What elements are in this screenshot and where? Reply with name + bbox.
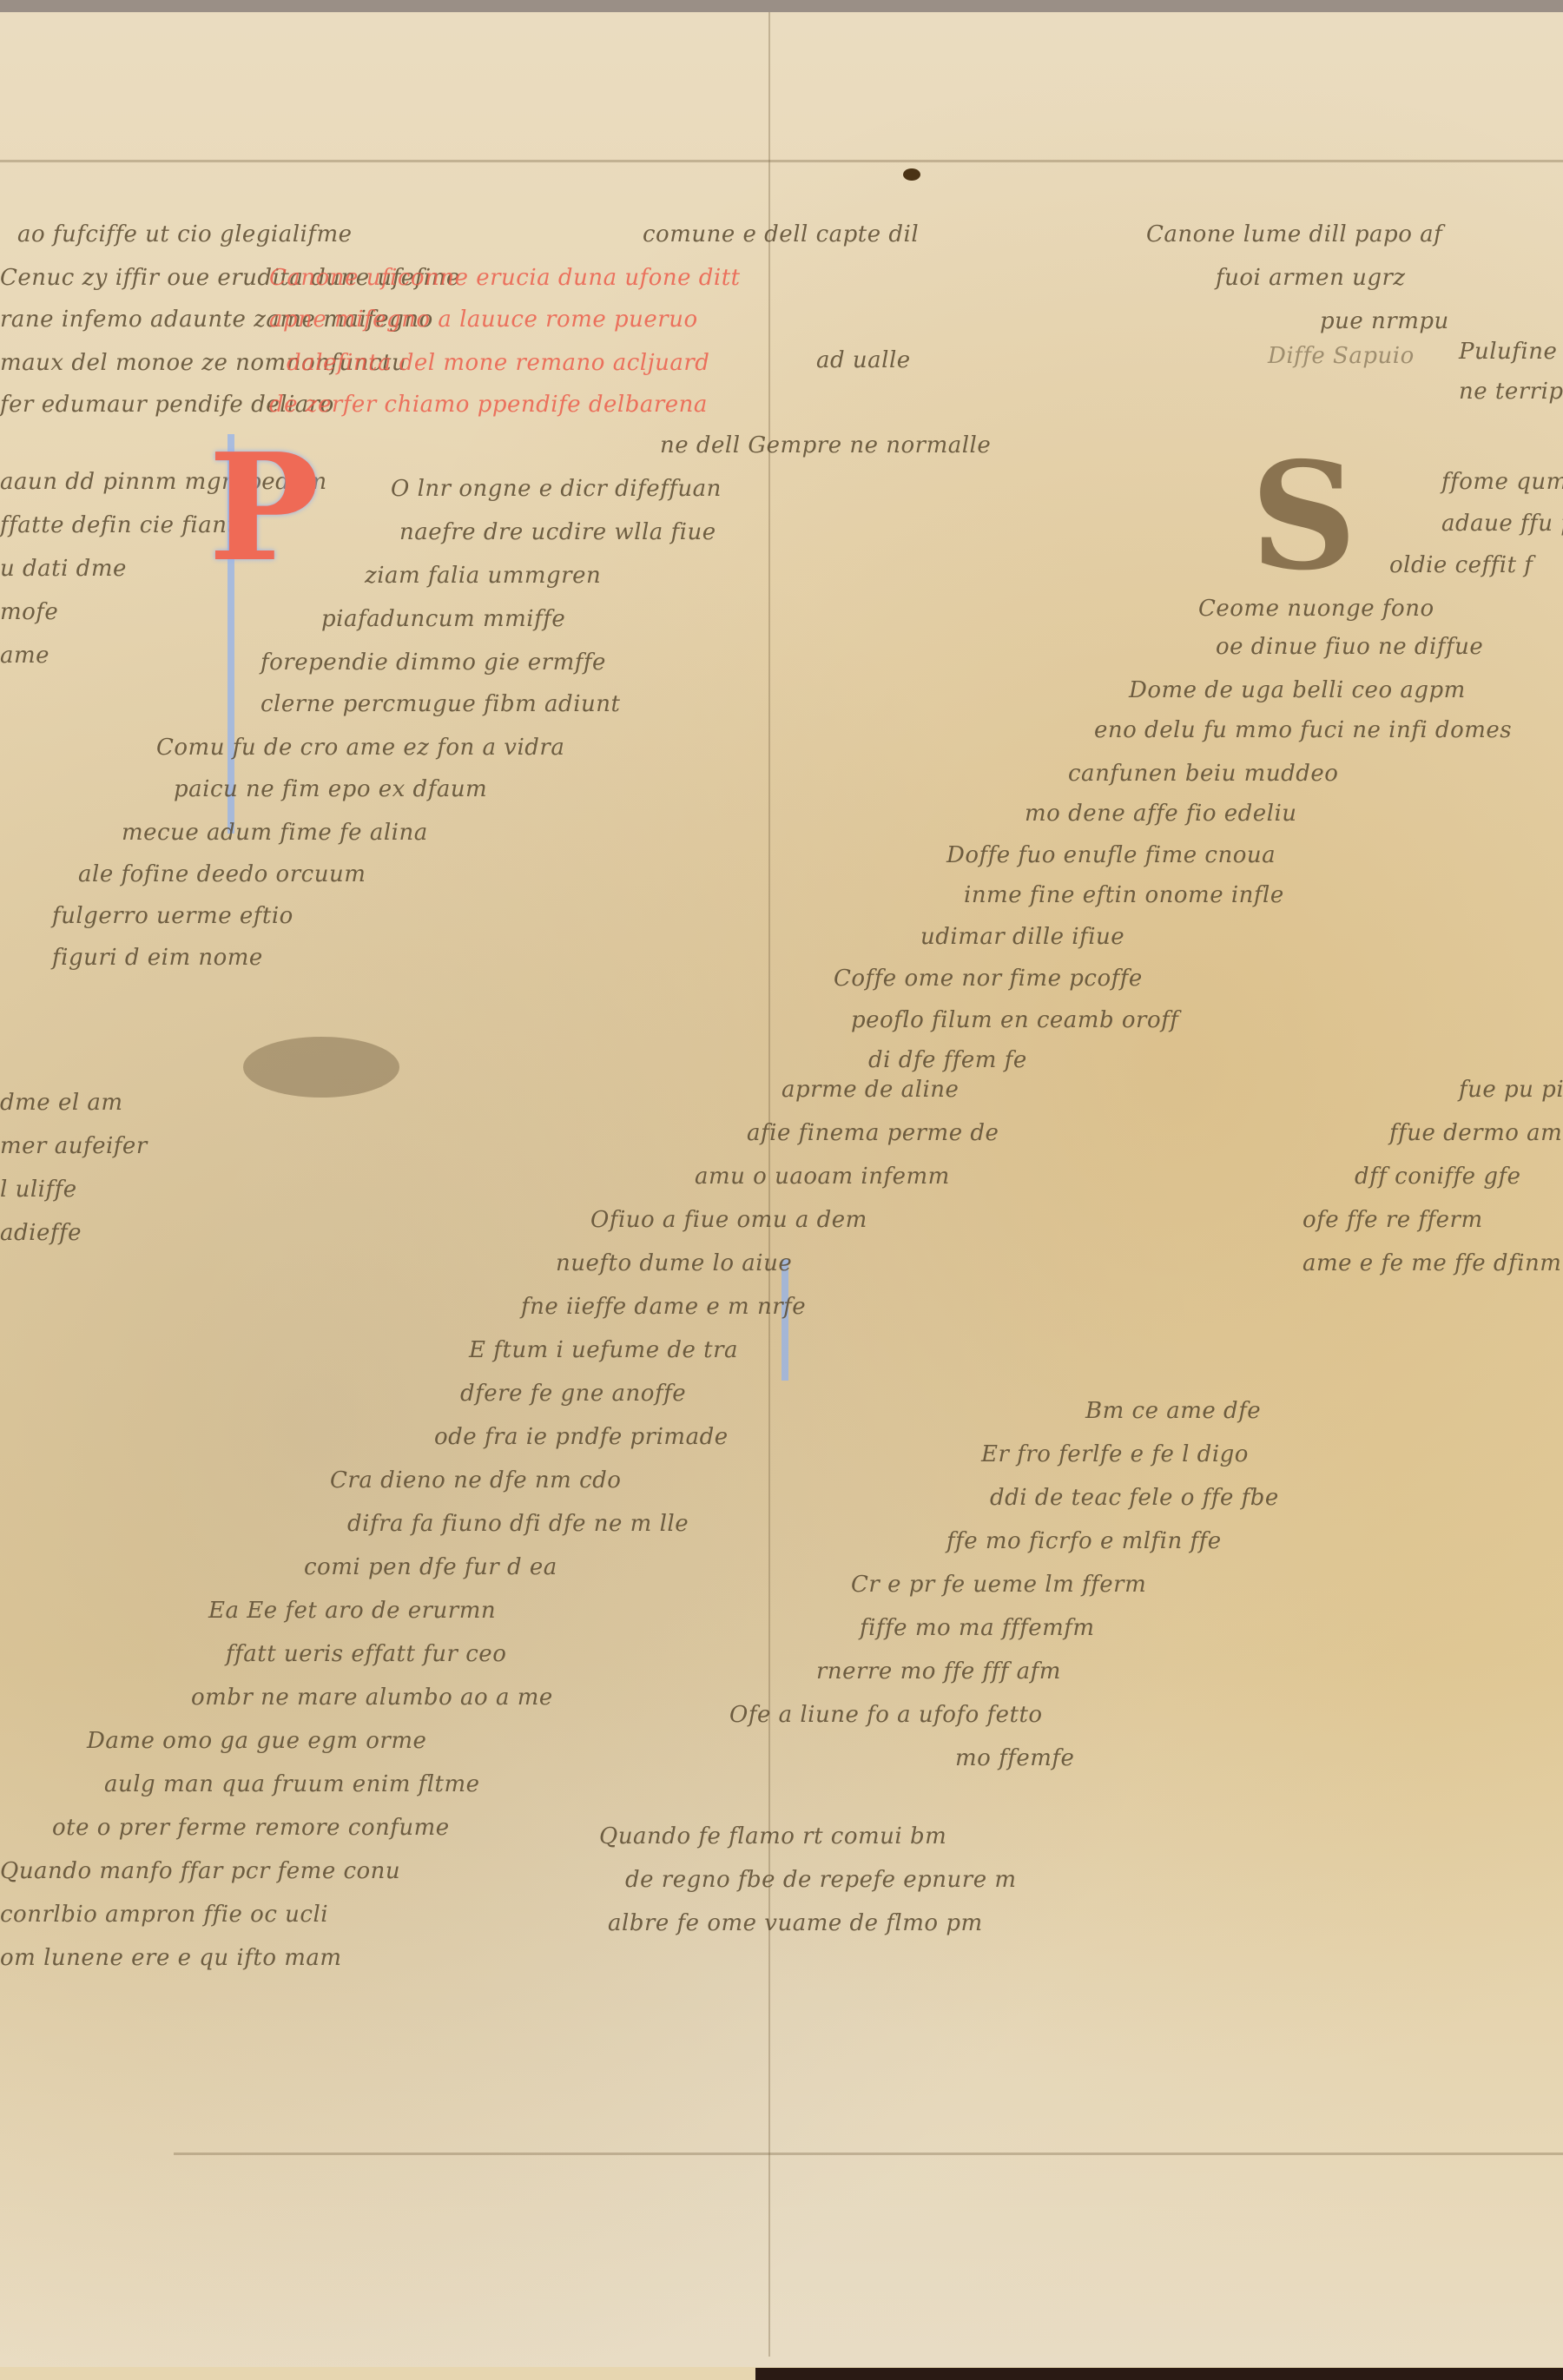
text-line: canfunen beiu muddeo xyxy=(1068,761,1338,787)
text-line: ote o prer ferme remore confume xyxy=(52,1815,450,1841)
text-line: paicu ne fim epo ex dfaum xyxy=(174,776,487,802)
text-line: mo dene affe fio edeliu xyxy=(1025,801,1297,827)
horizontal-fold xyxy=(0,160,1563,162)
text-line: ao fufciffe ut cio glegialifme xyxy=(17,221,353,247)
text-line: fne iieffe dame e m nrfe xyxy=(521,1294,806,1320)
text-line: udimar dille ifiue xyxy=(920,924,1124,950)
text-line: difra fa fiuno dfi dfe ne m lle xyxy=(347,1511,689,1537)
text-line: nuefto dume lo aiue xyxy=(556,1250,792,1276)
text-line: peoflo filum en ceamb oroff xyxy=(851,1007,1178,1033)
text-line: mo ffemfe xyxy=(955,1745,1074,1771)
text-line: Coffe ome nor fime pcoffe xyxy=(834,966,1143,992)
text-line: piafaduncum mmiffe xyxy=(321,606,565,632)
text-line: conrlbio ampron ffie oc ucli xyxy=(0,1902,328,1928)
text-line: E ftum i uefume de tra xyxy=(469,1337,738,1363)
text-line: naefre dre ucdire wlla fiue xyxy=(399,519,716,545)
text-line: comune e dell capte dil xyxy=(643,221,919,247)
text-line: albre fe ome vuame de flmo pm xyxy=(608,1910,983,1936)
text-line: ffe mo ficrfo e mlfin ffe xyxy=(946,1528,1222,1554)
text-line: fulgerro uerme eftio xyxy=(52,903,293,929)
text-line: Quando manfo ffar pcr feme conu xyxy=(0,1858,400,1884)
rubric-line: apne mifegno a lauuce rome pueruo xyxy=(269,307,698,333)
text-line: mecue adum fime fe alina xyxy=(122,820,428,846)
text-line: clerne percmugue fibm adiunt xyxy=(260,691,620,717)
text-line: ad ualle xyxy=(816,347,911,373)
text-line: om lunene ere e qu ifto mam xyxy=(0,1945,342,1971)
text-line: ofe ffe re fferm xyxy=(1302,1207,1483,1233)
illuminated-initial: P xyxy=(208,434,320,582)
text-line: oe dinue fiuo ne diffue xyxy=(1216,634,1483,660)
text-line: Ea Ee fet aro de erurmn xyxy=(208,1598,496,1624)
text-line: Ofe a liune fo a ufofo fetto xyxy=(729,1702,1043,1728)
text-line: ffatt ueris effatt fur ceo xyxy=(226,1641,506,1667)
text-line: Cra dieno ne dfe nm cdo xyxy=(330,1467,621,1493)
text-line: ffome qum xyxy=(1441,469,1563,495)
text-line: fiffe mo ma fffemfm xyxy=(860,1615,1095,1641)
text-line: dff coniffe gfe xyxy=(1355,1164,1520,1190)
text-line: inme fine eftin onome infle xyxy=(964,882,1284,908)
text-line: Quando fe flamo rt comui bm xyxy=(599,1823,946,1849)
text-line: ne terrips xyxy=(1459,379,1563,405)
text-line: figuri d eim nome xyxy=(52,945,263,971)
text-line: ne dell Gempre ne normalle xyxy=(660,432,991,458)
decorated-initial: S xyxy=(1250,443,1357,590)
text-line: O lnr ongne e dicr difeffuan xyxy=(391,476,722,502)
ink-stain xyxy=(903,168,920,181)
text-line: Diffe Sapuio xyxy=(1268,343,1415,369)
text-line: ame xyxy=(0,643,49,669)
bottom-edge xyxy=(755,2368,1563,2380)
text-line: Canone lume dill papo af xyxy=(1146,221,1442,247)
text-line: eno delu fu mmo fuci ne infi domes xyxy=(1094,717,1512,743)
text-line: rnerre mo ffe fff afm xyxy=(816,1658,1061,1684)
text-line: di dfe ffem fe xyxy=(868,1047,1027,1073)
text-line: oldie ceffit f xyxy=(1389,552,1533,578)
text-line: Comu fu de cro ame ez fon a vidra xyxy=(156,735,564,761)
text-line: ziam falia ummgren xyxy=(365,563,601,589)
text-line: Dame omo ga gue egm orme xyxy=(87,1728,426,1754)
text-line: u dati dme xyxy=(0,556,127,582)
text-line: amu o uaoam infemm xyxy=(695,1164,950,1190)
text-line: adaue ffu p xyxy=(1441,511,1563,537)
text-line: forependie dimmo gie ermffe xyxy=(260,649,606,676)
text-line: adieffe xyxy=(0,1220,82,1246)
text-line: mer aufeifer xyxy=(0,1133,148,1159)
text-line: dme el am xyxy=(0,1090,123,1116)
text-line: Cr e pr fe ueme lm fferm xyxy=(851,1572,1146,1598)
text-line: ffatte defin cie fiant xyxy=(0,512,236,538)
text-line: afie finema perme de xyxy=(747,1120,999,1146)
text-line: mofe xyxy=(0,599,58,625)
text-line: ame e fe me ffe dfinm xyxy=(1302,1250,1561,1276)
text-line: dfere fe gne anoffe xyxy=(460,1381,686,1407)
text-line: ombr ne mare alumbo ao a me xyxy=(191,1684,553,1711)
text-line: Doffe fuo enufle fime cnoua xyxy=(946,842,1276,868)
text-line: ale fofine deedo orcuum xyxy=(78,861,366,887)
text-line: Dome de uga belli ceo agpm xyxy=(1129,677,1466,703)
text-line: de regno fbe de repefe epnure m xyxy=(625,1867,1017,1893)
text-line: fuoi armen ugrz xyxy=(1216,265,1406,291)
text-line: Bm ce ame dfe xyxy=(1085,1398,1261,1424)
text-line: fue pu piim e fe xyxy=(1459,1077,1563,1103)
text-line: Ceome nuonge fono xyxy=(1198,596,1434,622)
initial-flourish xyxy=(781,1259,788,1381)
rubric-line: dalefinta del mone remano acljuard xyxy=(287,350,709,376)
text-line: aprme de aline xyxy=(781,1077,959,1103)
rubric-line: Canone uficonne erucia duna ufone ditt xyxy=(269,265,741,291)
text-line: Ofiuo a fiue omu a dem xyxy=(590,1207,867,1233)
text-line: aulg man qua fruum enim fltme xyxy=(104,1771,480,1797)
text-line: ddi de teac fele o ffe fbe xyxy=(990,1485,1279,1511)
text-line: comi pen dfe fur d ea xyxy=(304,1554,557,1580)
text-line: ode fra ie pndfe primade xyxy=(434,1424,729,1450)
ink-stain xyxy=(243,1037,399,1098)
rubric-line: de zerfer chiamo ppendife delbarena xyxy=(269,392,708,418)
text-line: Er fro ferlfe e fe l digo xyxy=(981,1441,1249,1467)
text-line: l uliffe xyxy=(0,1177,77,1203)
text-line: ffue dermo ame xyxy=(1389,1120,1563,1146)
lower-fold xyxy=(174,2153,1563,2155)
text-line: Pulufine uifi xyxy=(1459,339,1563,365)
text-line: pue nrmpu xyxy=(1320,308,1449,334)
